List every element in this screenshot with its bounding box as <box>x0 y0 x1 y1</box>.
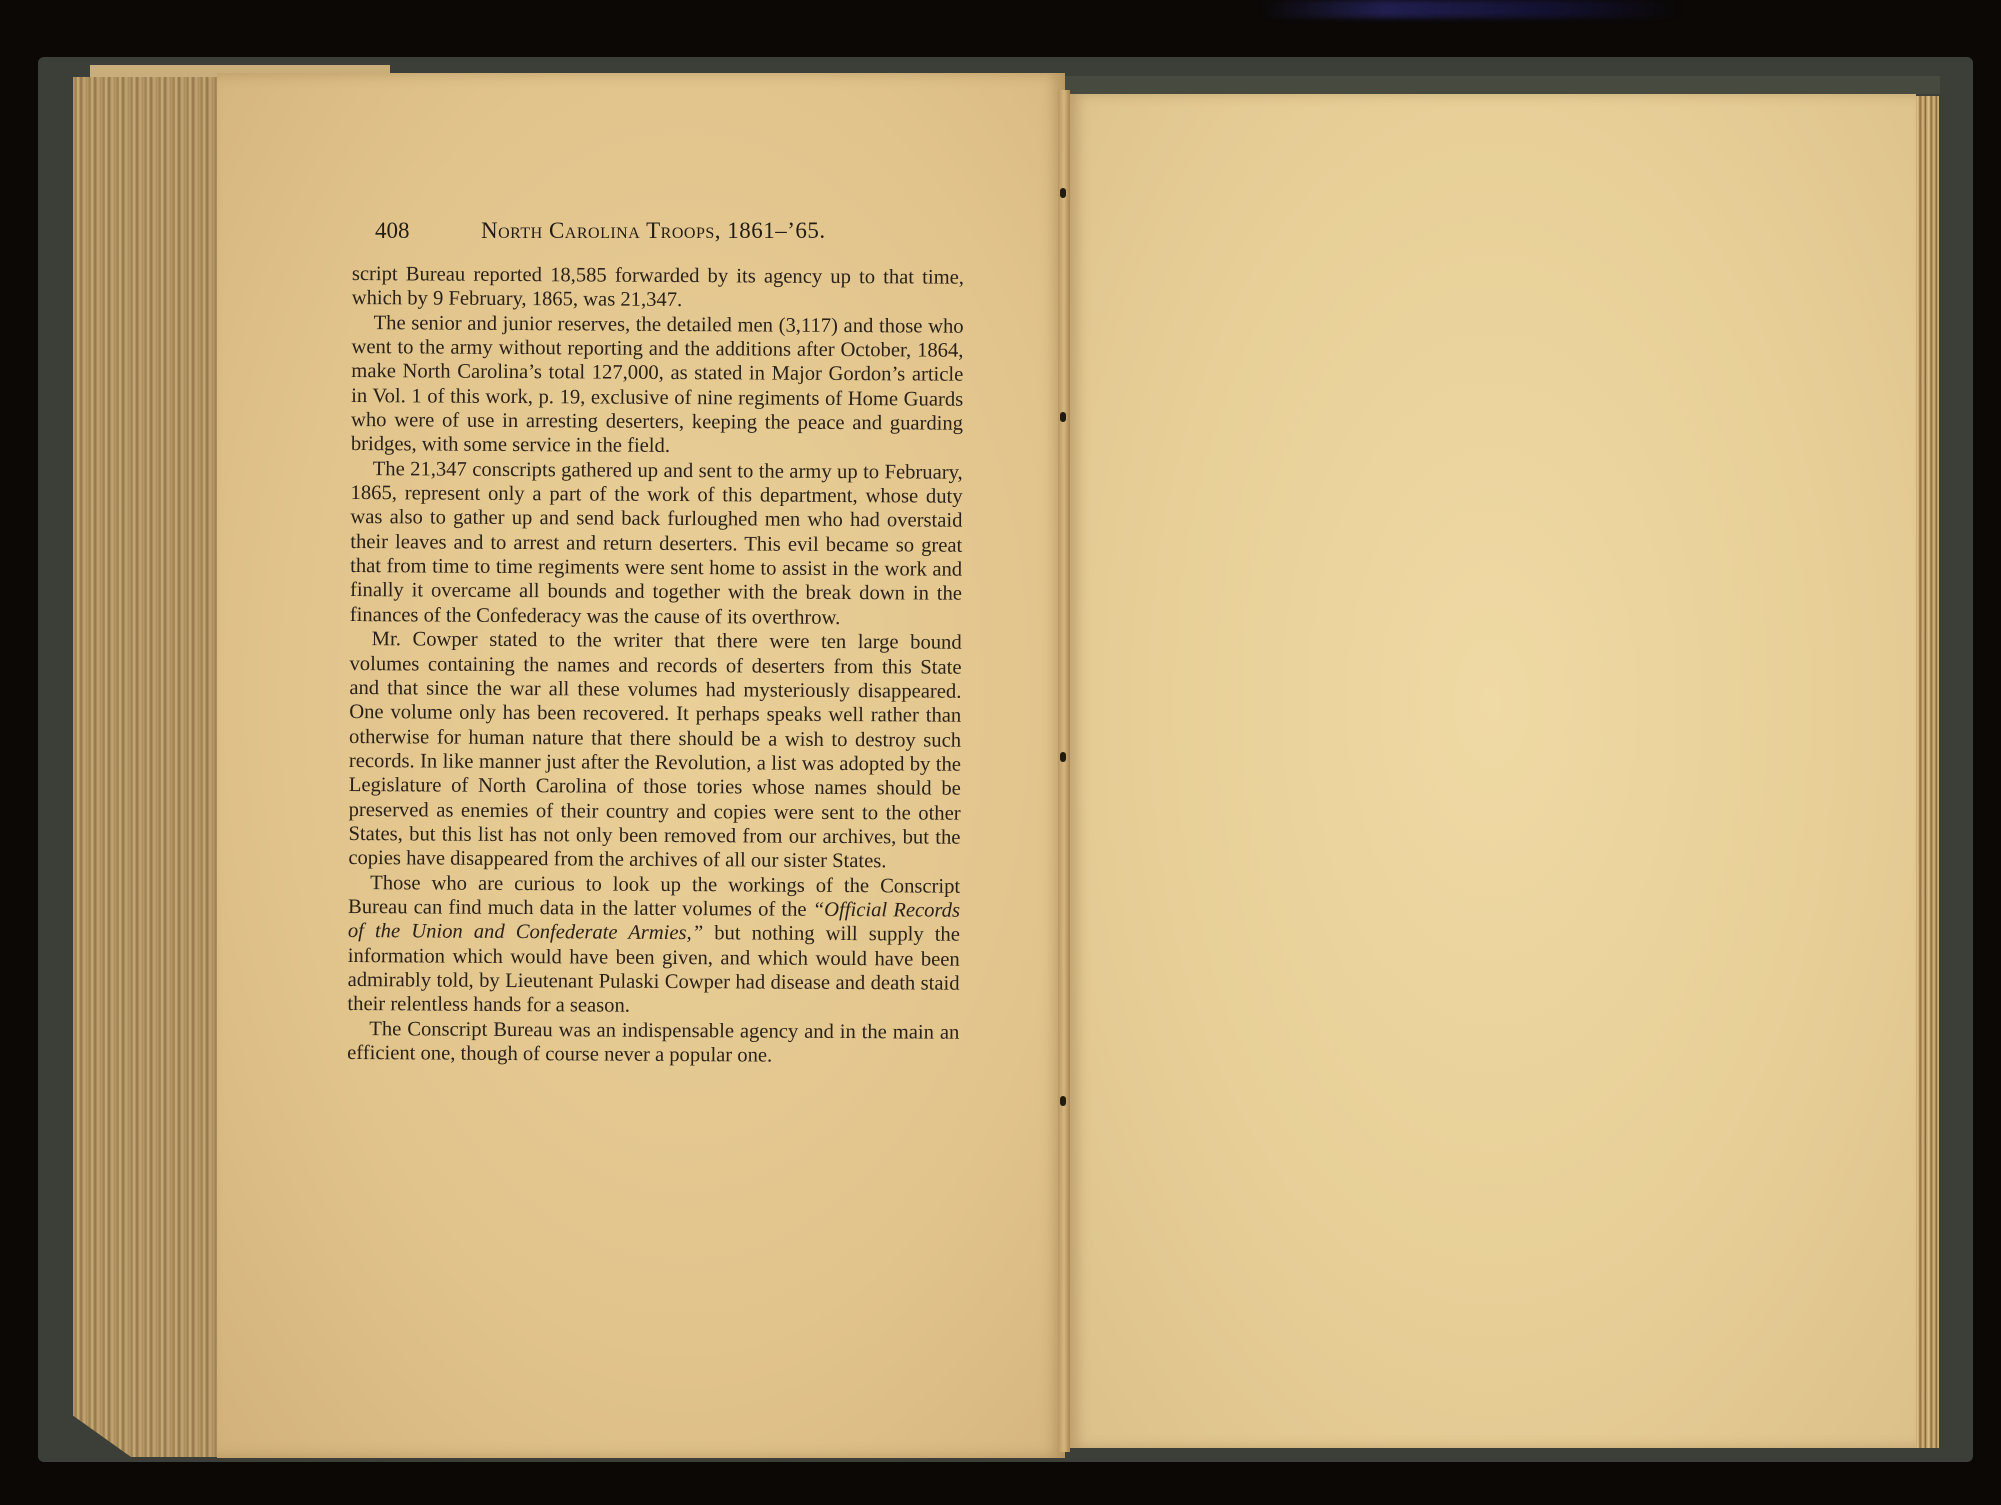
background-reflection <box>1260 0 1680 18</box>
paragraph-conscripts-deserters: The 21,347 conscripts gathered up and se… <box>350 457 963 631</box>
page-number: 408 <box>375 218 410 244</box>
running-head: 408 North Carolina Troops, 1861–’65. <box>375 218 965 248</box>
right-page-blank <box>1068 94 1916 1448</box>
paragraph-reserves-total: The senior and junior reserves, the deta… <box>351 311 964 461</box>
paragraph-cowper-volumes: Mr. Cowper stated to the writer that the… <box>348 627 961 874</box>
binding-stitch <box>1060 1096 1066 1106</box>
binding-stitch <box>1060 188 1066 198</box>
right-page-edges <box>1915 96 1939 1448</box>
binding-stitch <box>1060 412 1066 422</box>
page-body-text: script Bureau reported 18,585 forwarded … <box>347 262 964 1069</box>
binding-stitch <box>1060 752 1066 762</box>
paragraph-continued: script Bureau reported 18,585 forwarded … <box>352 262 964 314</box>
page-stack-edges <box>73 77 218 1457</box>
book-cover-top-edge <box>1060 76 1940 94</box>
book-gutter <box>1058 90 1070 1452</box>
paragraph-conclusion: The Conscript Bureau was an indispensabl… <box>347 1017 959 1069</box>
running-head-title: North Carolina Troops, 1861–’65. <box>481 218 826 244</box>
paragraph-official-records: Those who are curious to look up the wor… <box>347 871 960 1021</box>
